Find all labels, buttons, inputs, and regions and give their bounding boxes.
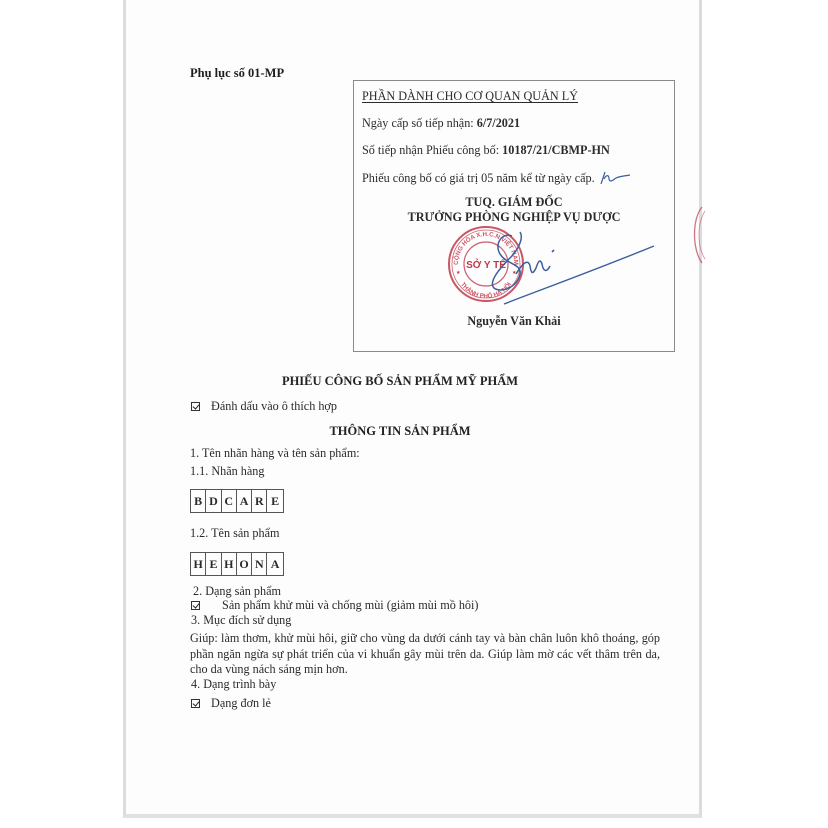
validity-note-text: Phiếu công bố có giá trị 05 năm kể từ ng… [362,171,595,185]
letter-cell: E [267,490,282,512]
mark-instruction-text: Đánh dấu vào ô thích hợp [211,399,337,413]
letter-cell: R [252,490,267,512]
checked-box-icon [191,699,200,708]
appendix-label: Phụ lục số 01-MP [190,66,284,81]
issue-date-value: 6/7/2021 [477,116,520,130]
signer-title-2: TRƯỞNG PHÒNG NGHIỆP VỤ DƯỢC [354,210,674,225]
mark-instruction-line: Đánh dấu vào ô thích hợp [191,399,337,414]
issue-date-label: Ngày cấp số tiếp nhận: [362,116,477,130]
receipt-number-line: Số tiếp nhận Phiếu công bố: 10187/21/CBM… [362,143,610,158]
product-letter-boxes: H E H O N A [190,552,284,576]
brand-letter-boxes: B D C A R E [190,489,284,513]
receipt-number-label: Số tiếp nhận Phiếu công bố: [362,143,502,157]
validity-note: Phiếu công bố có giá trị 05 năm kể từ ng… [362,170,632,186]
management-heading: PHẦN DÀNH CHO CƠ QUAN QUẢN LÝ [362,89,578,104]
item-4: 4. Dạng trình bày [191,677,276,692]
letter-cell: A [267,553,282,575]
checked-box-icon [191,402,200,411]
section-title: THÔNG TIN SẢN PHẨM [190,424,610,439]
receipt-number-value: 10187/21/CBMP-HN [502,143,610,157]
letter-cell: N [252,553,267,575]
letter-cell: H [191,553,206,575]
letter-cell: O [237,553,252,575]
item-1-1: 1.1. Nhãn hàng [190,464,264,479]
letter-cell: H [222,553,237,575]
item-2-option-line: Sản phẩm khử mùi và chống mùi (giảm mùi … [191,598,478,613]
item-3-purpose-text: Giúp: làm thơm, khử mùi hôi, giữ cho vùn… [190,631,660,678]
signer-title-1: TUQ. GIÁM ĐỐC [354,195,674,210]
initials-mark-icon [598,170,632,186]
issue-date-line: Ngày cấp số tiếp nhận: 6/7/2021 [362,116,520,131]
item-2: 2. Dạng sản phẩm [193,584,281,599]
item-2-option-text: Sản phẩm khử mùi và chống mùi (giảm mùi … [222,598,478,612]
signature-icon [480,228,660,308]
item-4-option-line: Dạng đơn lẻ [191,696,271,711]
signer-name: Nguyễn Văn Khải [354,314,674,329]
svg-text:★: ★ [456,270,461,276]
letter-cell: C [222,490,237,512]
form-title: PHIẾU CÔNG BỐ SẢN PHẨM MỸ PHẨM [190,374,610,389]
item-1-2: 1.2. Tên sản phẩm [190,526,279,541]
letter-cell: D [206,490,221,512]
partial-stamp-edge-icon [690,205,710,265]
item-1: 1. Tên nhãn hàng và tên sản phẩm: [190,446,360,461]
letter-cell: A [237,490,252,512]
letter-cell: E [206,553,221,575]
letter-cell: B [191,490,206,512]
checked-box-icon [191,601,200,610]
item-4-option-text: Dạng đơn lẻ [211,696,271,710]
item-3: 3. Mục đích sử dụng [191,613,291,628]
